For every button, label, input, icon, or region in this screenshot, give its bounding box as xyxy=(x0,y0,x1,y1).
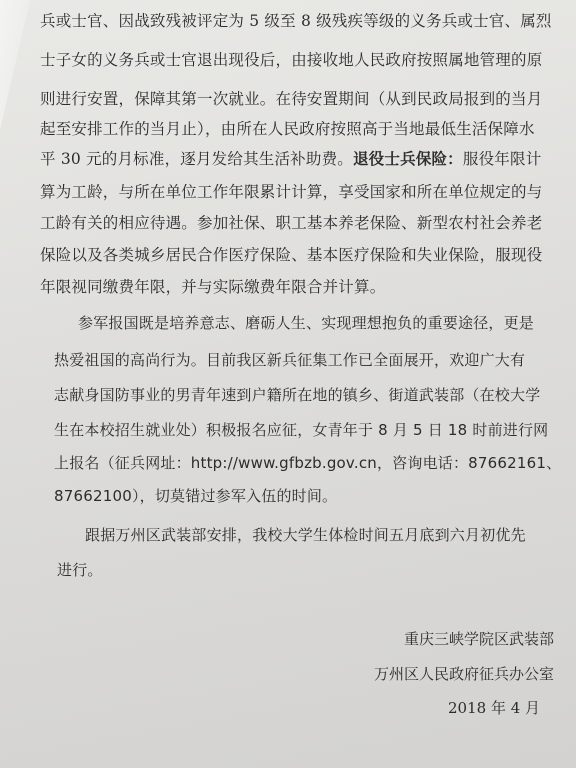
text-line: 算为工龄，与所在单位工作年限累计计算，享受国家和所在单位规定的与 xyxy=(40,182,550,202)
signature-date: 2018 年 4 月 xyxy=(448,697,540,718)
text-line: 士子女的义务兵或士官退出现役后，由接收地人民政府按照属地管理的原 xyxy=(40,50,550,70)
text-line: 兵或士官、因战致残被评定为 5 级至 8 级残疾等级的义务兵或士官、属烈 xyxy=(40,11,550,31)
text-line: 则进行安置，保障其第一次就业。在待安置期间（从到民政局报到的当月 xyxy=(40,89,550,109)
text-line: 工龄有关的相应待遇。参加社保、职工基本养老保险、新型农村社会养老 xyxy=(40,213,550,233)
text-line: 87662100），切莫错过参军入伍的时间。 xyxy=(54,486,564,506)
text-line: 上报名（征兵网址：http://www.gfbzb.gov.cn，咨询电话：87… xyxy=(54,453,564,473)
text-line: 保险以及各类城乡居民合作医疗保险、基本医疗保险和失业保险，服现役 xyxy=(40,245,550,265)
text-line: 志献身国防事业的男青年速到户籍所在地的镇乡、街道武装部（在校大学 xyxy=(54,385,564,405)
text-line: 跟据万州区武装部安排，我校大学生体检时间五月底到六月初优先 xyxy=(85,525,576,545)
text-line: 平 30 元的月标准，逐月发给其生活补助费。退役士兵保险：服役年限计 xyxy=(40,149,550,169)
text-line: 年限视同缴费年限，并与实际缴费年限合并计算。 xyxy=(40,277,550,297)
text-line: 进行。 xyxy=(57,560,567,580)
text-line: 生在本校招生就业处）积极报名应征，女青年于 8 月 5 日 18 时前进行网 xyxy=(54,420,564,440)
text-line: 参军报国既是培养意志、磨砺人生、实现理想抱负的重要途径，更是 xyxy=(78,313,576,333)
text-span: 服役年限计 xyxy=(463,150,542,168)
text-line: 起至安排工作的当月止），由所在人民政府按照高于当地最低生活保障水 xyxy=(40,119,550,139)
signature-org-1: 重庆三峡学院区武装部 xyxy=(404,628,554,649)
section-heading-veteran-insurance: 退役士兵保险： xyxy=(353,149,463,168)
text-line: 热爱祖国的高尚行为。目前我区新兵征集工作已全面展开，欢迎广大有 xyxy=(54,350,564,370)
signature-org-2: 万州区人民政府征兵办公室 xyxy=(374,663,554,684)
document-page: 兵或士官、因战致残被评定为 5 级至 8 级残疾等级的义务兵或士官、属烈 士子女… xyxy=(0,0,576,768)
text-span: 平 30 元的月标准，逐月发给其生活补助费。 xyxy=(40,150,353,168)
